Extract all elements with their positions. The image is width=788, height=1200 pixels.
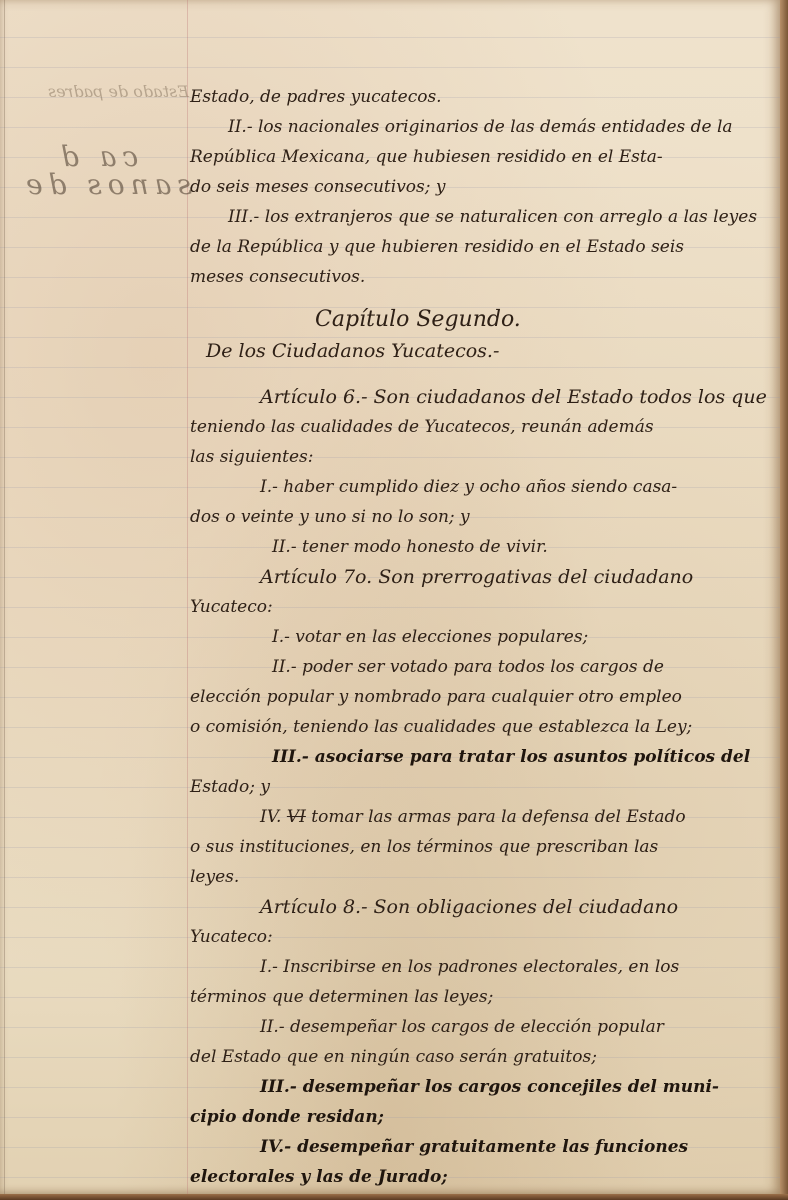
- text-line: o comisión, teniendo las cualidades que …: [190, 712, 780, 742]
- manuscript-text: Estado, de padres yucatecos. II.- los na…: [190, 82, 780, 1192]
- text-line: leyes.: [190, 862, 780, 892]
- text-line: Yucateco:: [190, 592, 780, 622]
- text-line: III.- desempeñar los cargos concejiles d…: [190, 1072, 780, 1102]
- text-line: del Estado que en ningún caso serán grat…: [190, 1042, 780, 1072]
- text-line: de la República y que hubieren residido …: [190, 232, 780, 262]
- text-line: II.- tener modo honesto de vivir.: [190, 532, 780, 562]
- text-line: II.- poder ser votado para todos los car…: [190, 652, 780, 682]
- text-line: términos que determinen las leyes;: [190, 982, 780, 1012]
- text-line: elección popular y nombrado para cualqui…: [190, 682, 780, 712]
- text-line: do seis meses consecutivos; y: [190, 172, 780, 202]
- left-edge-line: [4, 0, 5, 1196]
- text-line: I.- votar en las elecciones populares;: [190, 622, 780, 652]
- manuscript-page: Estado de padres ca d sanos de Estado, d…: [0, 0, 780, 1196]
- text-line: II.- los nacionales originarios de las d…: [190, 112, 780, 142]
- text-line: IV. VI tomar las armas para la defensa d…: [190, 802, 780, 832]
- text-line: o sus instituciones, en los términos que…: [190, 832, 780, 862]
- article-heading: Artículo 6.- Son ciudadanos del Estado t…: [190, 382, 780, 412]
- text-line: III.- los extranjeros que se naturalicen…: [190, 202, 780, 232]
- text-line: cipio donde residan;: [190, 1102, 780, 1132]
- bleed-through-text: sanos de: [20, 168, 192, 201]
- article-heading: Artículo 8.- Son obligaciones del ciudad…: [190, 892, 780, 922]
- text-line: Yucateco:: [190, 922, 780, 952]
- text-line: teniendo las cualidades de Yucatecos, re…: [190, 412, 780, 442]
- struck-item-number: VI: [287, 807, 306, 827]
- text-line: tomar las armas para la defensa del Esta…: [311, 807, 685, 827]
- text-line: Estado, de padres yucatecos.: [190, 82, 780, 112]
- text-line: IV.- desempeñar gratuitamente las funcio…: [190, 1132, 780, 1162]
- text-line: III.- asociarse para tratar los asuntos …: [190, 742, 780, 772]
- text-line: electorales y las de Jurado;: [190, 1162, 780, 1192]
- article-heading: Artículo 7o. Son prerrogativas del ciuda…: [190, 562, 780, 592]
- item-number: IV.: [260, 807, 281, 827]
- text-line: Estado; y: [190, 772, 780, 802]
- text-line: las siguientes:: [190, 442, 780, 472]
- text-line: I.- Inscribirse en los padrones electora…: [190, 952, 780, 982]
- page-edge-right: [780, 0, 788, 1200]
- text-line: III.- asociarse para tratar los asuntos …: [272, 747, 750, 767]
- page-edge-bottom: [0, 1194, 788, 1200]
- bleed-through-text: Estado de padres: [48, 82, 189, 101]
- text-line: dos o veinte y uno si no lo son; y: [190, 502, 780, 532]
- text-line: II.- desempeñar los cargos de elección p…: [190, 1012, 780, 1042]
- chapter-subtitle: De los Ciudadanos Yucatecos.-: [190, 336, 780, 366]
- text-line: República Mexicana, que hubiesen residid…: [190, 142, 780, 172]
- text-line: I.- haber cumplido diez y ocho años sien…: [190, 472, 780, 502]
- text-line: meses consecutivos.: [190, 262, 780, 292]
- chapter-title: Capítulo Segundo.: [190, 304, 780, 336]
